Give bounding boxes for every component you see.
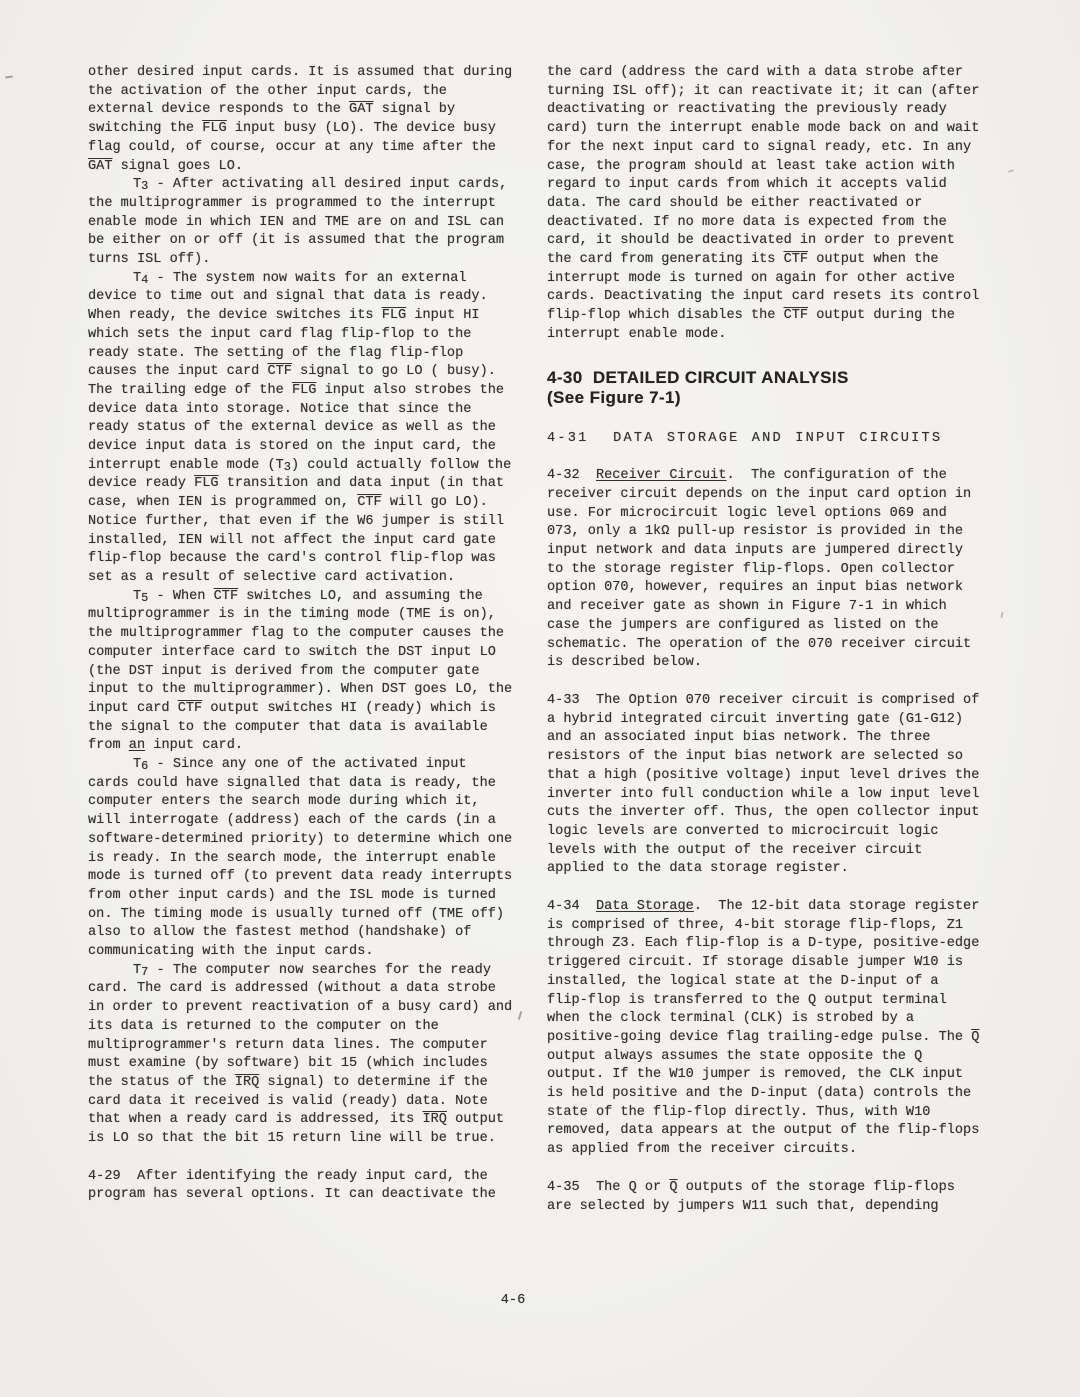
page-number: 4-6 — [501, 1293, 525, 1308]
text-run: 4-30 DETAILED CIRCUIT ANALYSIS — [547, 368, 849, 387]
text-run: input card. — [145, 738, 243, 753]
text-run: 4-35 The Q or — [547, 1180, 669, 1195]
scan-artifact — [5, 75, 13, 78]
text-run: signal goes LO. — [112, 159, 243, 174]
page-footer: 4-6 — [0, 1292, 1080, 1311]
overlined-signal: IRQ — [235, 1075, 259, 1090]
text-run: T — [133, 589, 141, 604]
overlined-signal: FLG — [202, 121, 226, 136]
text-run: T — [133, 963, 141, 978]
text-run: - Since any one of the activated input c… — [88, 757, 512, 959]
text-run: the card (address the card with a data s… — [547, 65, 979, 267]
overlined-signal: CTF — [784, 308, 808, 323]
scan-artifact — [1000, 612, 1003, 618]
overlined-signal: FLG — [382, 308, 406, 323]
text-run: . The 12-bit data storage register is co… — [547, 899, 979, 1045]
text-run: 4-29 After identifying the ready input c… — [88, 1169, 496, 1203]
text-run: 4-34 — [547, 899, 596, 914]
text-run: switches LO, and assuming the multiprogr… — [88, 589, 512, 716]
para-t4-step: T4 - The system now waits for an externa… — [88, 270, 513, 588]
text-run: 4-33 The Option 070 receiver circuit is … — [547, 693, 979, 876]
overlined-signal: FLG — [292, 383, 316, 398]
text-run: . The configuration of the receiver circ… — [547, 468, 971, 670]
text-run: output always assumes the state opposite… — [547, 1049, 979, 1158]
overlined-signal: IRQ — [422, 1112, 446, 1127]
text-run: 4-32 — [547, 468, 596, 483]
text-run: T — [133, 177, 141, 192]
subscript-text: 3 — [284, 460, 291, 474]
para-4-34: 4-34 Data Storage. The 12-bit data stora… — [547, 898, 980, 1160]
overlined-signal: CTF — [214, 589, 238, 604]
overlined-signal: Q — [971, 1030, 979, 1045]
para-continuation-right: the card (address the card with a data s… — [547, 64, 980, 345]
underlined-text: an — [129, 738, 145, 753]
text-run: T — [133, 271, 141, 286]
para-t7-step: T7 - The computer now searches for the r… — [88, 962, 513, 1149]
left-column: other desired input cards. It is assumed… — [88, 64, 513, 1216]
two-column-text-body: other desired input cards. It is assumed… — [88, 64, 980, 1216]
para-4-32: 4-32 Receiver Circuit. The configuration… — [547, 467, 980, 673]
text-run: (See Figure 7-1) — [547, 388, 681, 407]
text-run: - The computer now searches for the read… — [88, 963, 512, 1090]
underlined-text: Data Storage — [596, 899, 694, 914]
overlined-signal: GAT — [88, 159, 112, 174]
overlined-signal: GAT — [349, 102, 373, 117]
para-4-35: 4-35 The Q or Q outputs of the storage f… — [547, 1179, 980, 1216]
overlined-signal: CTF — [357, 495, 381, 510]
scanned-manual-page: { "page": { "footer": "4-6" }, "columns"… — [0, 0, 1080, 1397]
text-run: T — [133, 757, 141, 772]
text-run: - After activating all desired input car… — [88, 177, 507, 267]
subheading-4-31: 4-31 DATA STORAGE AND INPUT CIRCUITS — [547, 430, 980, 449]
scan-artifact — [1008, 169, 1014, 172]
overlined-signal: CTF — [267, 364, 291, 379]
para-t3-step: T3 - After activating all desired input … — [88, 176, 513, 270]
para-t6-step: T6 - Since any one of the activated inpu… — [88, 756, 513, 962]
overlined-signal: Q — [669, 1180, 677, 1195]
para-4-29: 4-29 After identifying the ready input c… — [88, 1168, 513, 1205]
overlined-signal: CTF — [178, 701, 202, 716]
right-column: the card (address the card with a data s… — [547, 64, 980, 1216]
text-run: - When — [148, 589, 213, 604]
para-continuation-left: other desired input cards. It is assumed… — [88, 64, 513, 176]
underlined-text: Receiver Circuit — [596, 468, 727, 483]
heading-4-30: 4-30 DETAILED CIRCUIT ANALYSIS(See Figur… — [547, 368, 980, 409]
para-4-33: 4-33 The Option 070 receiver circuit is … — [547, 692, 980, 879]
overlined-signal: FLG — [194, 476, 218, 491]
text-run: 4-31 DATA STORAGE AND INPUT CIRCUITS — [547, 431, 942, 446]
overlined-signal: CTF — [784, 252, 808, 267]
para-t5-step: T5 - When CTF switches LO, and assuming … — [88, 588, 513, 756]
